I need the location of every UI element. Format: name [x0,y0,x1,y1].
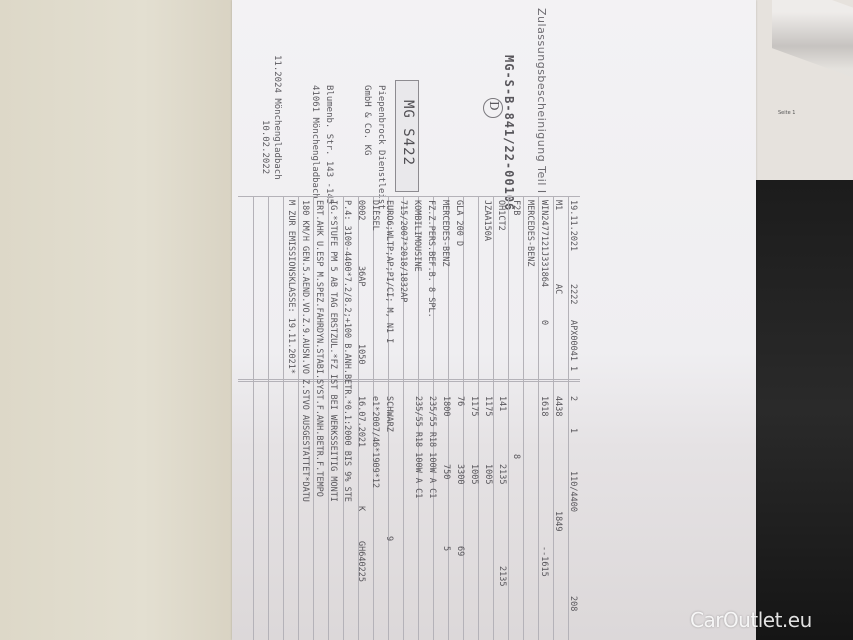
color: SCHWARZ [384,396,394,432]
mass: 2135 [497,464,507,484]
vehicle-class: M1 [553,200,563,210]
powered-axles: 1 [568,428,578,433]
vin: WIN2477121J331864 [539,200,549,287]
model-name: GLA 200 D [454,200,464,246]
document-number: MG-S-B-841/22-00106 [502,55,516,211]
emission-class: EURO6;WLTP;AP;PI/CI; M, N1 I [384,200,394,343]
noise-level: 69 [455,546,465,556]
emission-key: 36AP [356,266,366,286]
fuel: DIESEL [370,200,380,231]
max-speed: 208 [568,596,578,611]
watermark-logo: CarOutlet.eu [690,608,812,632]
page-label: Seite 1 [778,110,795,116]
issue-date: 10.02.2022 [260,120,270,174]
axle-count: 2 [568,396,578,401]
kba-number: GH640225 [356,541,366,582]
max-mass: 141 [497,396,507,411]
fuel-code: 0002 [356,200,366,220]
body-text: KOMBILIMOUSINE [412,200,422,272]
axle-load-1: 1175 [483,396,493,416]
manufacturer-code: 2222 [568,284,578,304]
background-page-2 [752,0,853,185]
first-registration-date: 19.11.2021 [568,200,578,251]
ec-regulation: 715/2007*2018/1832AP [398,200,408,302]
body-code: AC [553,284,563,294]
holder-address-line1: Blumenb. Str. 143 -145 [324,85,334,204]
remark-line: 180 KM/H GEN.5.AEND.VO.Z.9.AUSN.VO Z.STV… [300,200,310,502]
type-code: APX00041 1 [568,320,578,371]
holder-address-line2: 41061 Mönchengladbach [310,85,320,199]
width-2: --1615 [539,546,549,577]
doors: 5 [441,546,451,551]
variant: OH1CT2 [496,200,506,231]
vehicle-class-text: FZ.Z.PERS.BEF.B. 8 SPL. [426,200,436,318]
next-inspection: 11.2024 Mönchengladbach [272,55,282,180]
power-rpm: 110/4400 [568,471,578,512]
axle-load-2: 1175 [469,396,479,416]
remark-line: IG.*STUFE PM 5 AB TAG ERSTZUL.*FZ IST BE… [328,200,338,502]
towing-braked: 3300 [455,464,465,484]
mass-2: 2135 [497,566,507,586]
axle-load-1b: 1005 [483,464,493,484]
version: JZAA150A [482,200,492,241]
remark-line: M ZUR EMISSIONSKLASSE: 19.11.2021* [286,200,296,374]
length: 4438 [553,396,563,416]
axle-load-2b: 1005 [469,464,479,484]
check-digit: 0 [539,320,549,325]
license-plate: MG S422 [400,100,416,166]
document-title: Zulassungsbescheinigung Teil I [535,8,548,194]
vehicle-data-grid: 19.11.20212222APX00041 1M1ACWIN2477121J3… [238,196,580,640]
tyres-front: 235/55 R18 100W A C1 [427,396,437,498]
background-table-surface [0,0,240,640]
power-kw: 76 [455,396,465,406]
color-code: 9 [384,536,394,541]
make: MERCEDES-BENZ [525,200,535,267]
kba-code: K [356,506,366,511]
type: F2B [511,200,521,215]
background-dark-surface [752,180,853,640]
remark-line: P.4: 3100-4400*7.2/8.2;+100 B.ANH.BETR.*… [342,200,352,502]
country-mark: D [487,101,501,111]
approval-date: 16.07.2021 [356,396,366,447]
height: 1849 [553,511,563,531]
displacement: 1800 [441,396,451,416]
displacement-ref: 1050 [356,344,366,364]
tyres-rear: 235/55 R18 100W A C1 [413,396,423,498]
make-text: MERCEDES-BENZ [440,200,450,267]
width: 1618 [539,396,549,416]
type-approval: e1*2007/46*1909*12 [370,396,380,488]
towing-unbraked: 750 [441,464,451,479]
holder-name-line2: GmbH & Co. KG [362,85,372,155]
remark-line: ERT.AHK U.ESP M.SPEZ.FAHRDYN.STABI.SYST.… [314,200,324,497]
seats: 8 [511,454,521,459]
